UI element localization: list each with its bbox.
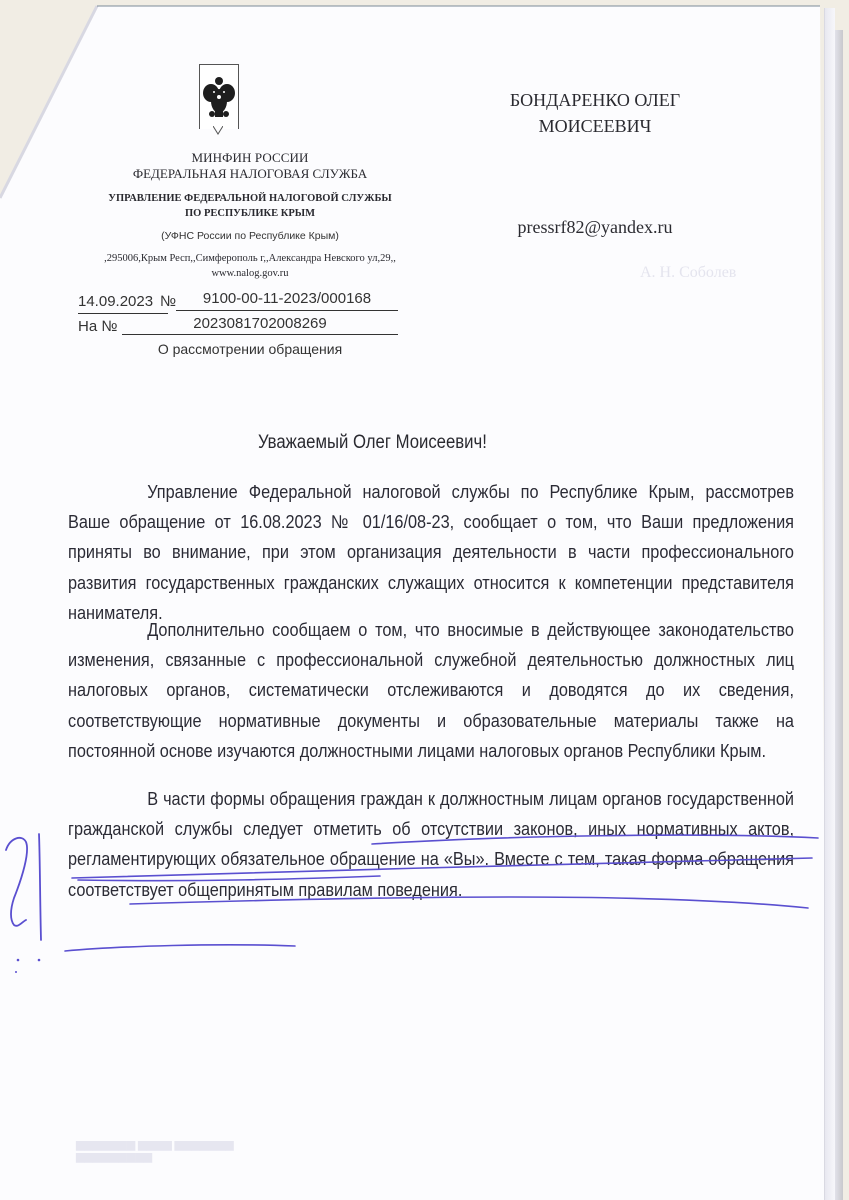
department-name-line1: УПРАВЛЕНИЕ ФЕДЕРАЛЬНОЙ НАЛОГОВОЙ СЛУЖБЫ	[60, 193, 440, 204]
in-reply-number: 2023081702008269	[122, 315, 398, 332]
recipient-name-line2: МОИСЕЕВИЧ	[470, 116, 720, 137]
bleed-through-signature: А. Н. Соболев	[640, 264, 736, 282]
paper-stack-edge	[824, 8, 835, 1200]
registration-number: 9100-00-11-2023/000168	[176, 290, 398, 307]
department-website: www.nalog.gov.ru	[60, 268, 440, 279]
in-reply-label: На №	[78, 318, 117, 335]
department-address: ,295006,Крым Респ,,Симферополь г,,Алекса…	[60, 253, 440, 264]
coat-of-arms-icon	[199, 64, 239, 129]
letter-paragraph-3: В части формы обращения граждан к должно…	[68, 784, 794, 905]
letter-greeting: Уважаемый Олег Моисеевич!	[258, 432, 487, 454]
bleed-through-footer-line2: ▆▆▆▆▆▆▆▆▆	[76, 1150, 152, 1163]
letter-paragraph-1: Управление Федеральной налоговой службы …	[68, 477, 794, 628]
emblem-shield-tip-icon	[213, 126, 223, 136]
registration-date: 14.09.2023	[78, 293, 153, 310]
recipient-name-line1: БОНДАРЕНКО ОЛЕГ	[470, 90, 720, 111]
letter-page: МИНФИН РОССИИ ФЕДЕРАЛЬНАЯ НАЛОГОВАЯ СЛУЖ…	[0, 0, 849, 1200]
letter-subject: О рассмотрении обращения	[60, 341, 440, 357]
department-short-name: (УФНС России по Республике Крым)	[60, 230, 440, 242]
ministry-name: МИНФИН РОССИИ	[60, 150, 440, 166]
registration-number-underline	[176, 310, 398, 311]
registration-date-underline	[78, 313, 168, 314]
department-name-line2: ПО РЕСПУБЛИКЕ КРЫМ	[60, 208, 440, 219]
paper-stack-edge-shadow	[835, 30, 843, 1200]
in-reply-number-underline	[122, 334, 398, 335]
registration-number-label: №	[160, 293, 176, 310]
recipient-email: pressrf82@yandex.ru	[470, 217, 720, 238]
service-name: ФЕДЕРАЛЬНАЯ НАЛОГОВАЯ СЛУЖБА	[60, 166, 440, 182]
letter-paragraph-2: Дополнительно сообщаем о том, что вносим…	[68, 615, 794, 766]
